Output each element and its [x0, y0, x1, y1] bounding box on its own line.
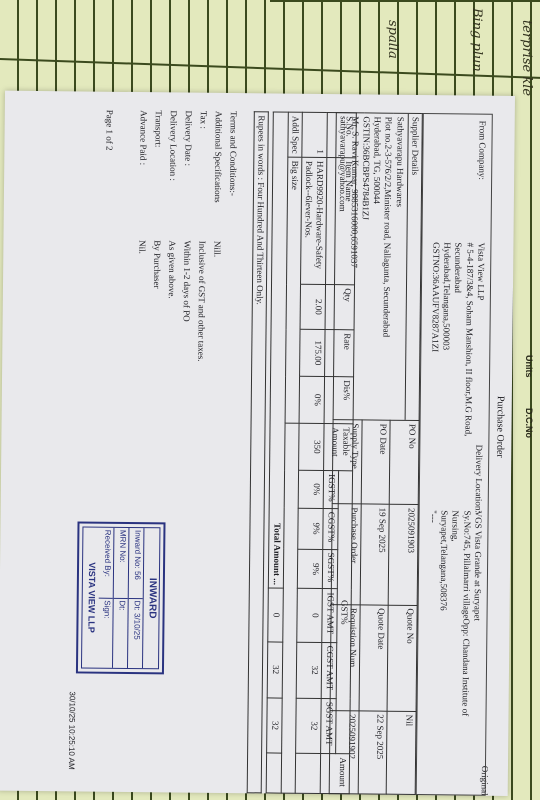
- stamp-mrn-date: Dt:: [113, 597, 128, 668]
- stamp-inward-no: Inward No: 56: [129, 528, 144, 598]
- quote-date-value: 22 Sep 2025: [358, 711, 387, 795]
- cell-igst-amt: 0: [297, 589, 323, 642]
- quote-no-value: Nil: [387, 711, 416, 795]
- stamp-title: INWARD: [142, 528, 159, 668]
- ledger-rule: [270, 0, 540, 2]
- col-sno: S.No.: [327, 113, 356, 158]
- col-amount: Amount: [321, 754, 350, 794]
- total-sgst: 32: [267, 698, 282, 753]
- po-no-value: 2025091903: [389, 504, 419, 605]
- col-igst: IGST%: [324, 471, 339, 509]
- column-tab-units: Units: [524, 355, 534, 378]
- cell-cgst: 9%: [298, 508, 324, 549]
- term-label: Tax :: [192, 111, 208, 241]
- term-value: Inclusive of GST and other taxes.: [191, 241, 207, 362]
- purchase-order-sheet: Purchase Order Original From Company: Vi…: [0, 91, 515, 796]
- cell-cgst-amt: 32: [296, 642, 322, 699]
- cell-amount: [295, 753, 321, 793]
- cell-taxable: 350: [299, 423, 325, 470]
- col-cgst-amt: CGST AMT: [322, 642, 337, 698]
- col-qty: Qty: [326, 285, 355, 330]
- from-company-label: From Company:: [476, 121, 488, 180]
- term-label: Delivery Location :: [162, 110, 178, 240]
- print-timestamp: 30/10/25 10:25:10 AM: [66, 691, 77, 769]
- cell-qty: 2.00: [300, 284, 326, 329]
- col-item-name: Item Name: [326, 158, 356, 285]
- amount-in-words: Rupees in words : Four Hundred And Thirt…: [246, 111, 268, 793]
- term-value: By Purchaser: [147, 240, 163, 288]
- page-number: Page 1 of 2: [103, 110, 115, 151]
- handwriting-note: Bing plun: [469, 8, 484, 72]
- term-value: Nill.: [207, 241, 222, 257]
- addl-spec-value: Big size: [285, 157, 302, 423]
- term-value: As given above.: [162, 240, 178, 298]
- column-tab-dcno: D.C.No: [524, 408, 534, 438]
- po-date-value: 19 Sep 2025: [360, 504, 390, 605]
- col-sgst-amt: SGST AMT: [321, 698, 336, 753]
- document-title: Purchase Order: [493, 396, 506, 458]
- cell-rate: 175.00: [300, 329, 326, 376]
- term-label: Delivery Date :: [177, 110, 193, 240]
- term-label: Additional Specifications: [207, 111, 223, 241]
- cell-disc: 0%: [299, 376, 325, 423]
- terms-heading: Terms and Conditions:-: [223, 111, 239, 196]
- col-gst-group: GST%: [335, 471, 352, 754]
- supplier-heading: Supplier Details: [404, 114, 421, 420]
- col-sgst: SGST%: [323, 549, 338, 589]
- handwriting-note: terprise kle: [519, 20, 534, 96]
- quote-no-label: Quote No: [387, 605, 417, 711]
- stamp-date: Dt: 3/10/25: [128, 597, 143, 668]
- cell-sgst: 9%: [297, 549, 323, 589]
- amount-words-text: Rupees in words : Four Hundred And Thirt…: [247, 112, 268, 793]
- col-taxable: Taxable Amount: [324, 424, 353, 471]
- po-no-label: PO No: [390, 420, 419, 504]
- inward-stamp: INWARD Inward No: 56 Dt: 3/10/25 MRN No:…: [76, 521, 166, 674]
- col-rate: Rate: [325, 330, 354, 377]
- addl-spec-label: Addl Spec: [288, 112, 303, 157]
- header-box: From Company: Vista View LLP # 5-4-187/3…: [416, 113, 493, 796]
- delivery-location-address: VGS Vista Grande at Suryapet Sy.No:745, …: [424, 510, 483, 800]
- term-value: Within 1-2 days of PO: [177, 240, 193, 321]
- cell-item-name: HARD9920-Hardware-Safety Padlock--6lever…: [301, 157, 328, 284]
- quote-date-label: Quote Date: [359, 604, 389, 710]
- col-disc: Dis%: [325, 377, 354, 424]
- items-table: S.No. Item Name Qty Rate Dis% Taxable Am…: [266, 111, 357, 794]
- term-value: Nil.: [132, 240, 147, 254]
- ledger-rule: [0, 58, 540, 80]
- po-date-label: PO Date: [361, 420, 390, 504]
- handwriting-note: spalla: [385, 20, 400, 59]
- term-label: Advance Paid :: [132, 110, 148, 240]
- stamp-mrn-no: MRN No:: [114, 528, 129, 598]
- stamp-received-by: Received By:: [99, 528, 114, 598]
- term-label: Transport:: [147, 110, 163, 240]
- total-igst: 0: [268, 588, 283, 641]
- cell-sgst-amt: 32: [296, 698, 322, 754]
- total-amount: [267, 753, 282, 793]
- total-cgst: 32: [268, 641, 283, 697]
- stamp-sign: Sign:: [98, 597, 113, 668]
- col-igst-amt: IGST AMT: [322, 589, 337, 642]
- cell-sno: 1: [302, 112, 328, 157]
- delivery-location-label: Delivery Location:: [472, 445, 484, 513]
- col-cgst: CGST%: [323, 508, 338, 549]
- cell-igst: 0%: [298, 470, 324, 508]
